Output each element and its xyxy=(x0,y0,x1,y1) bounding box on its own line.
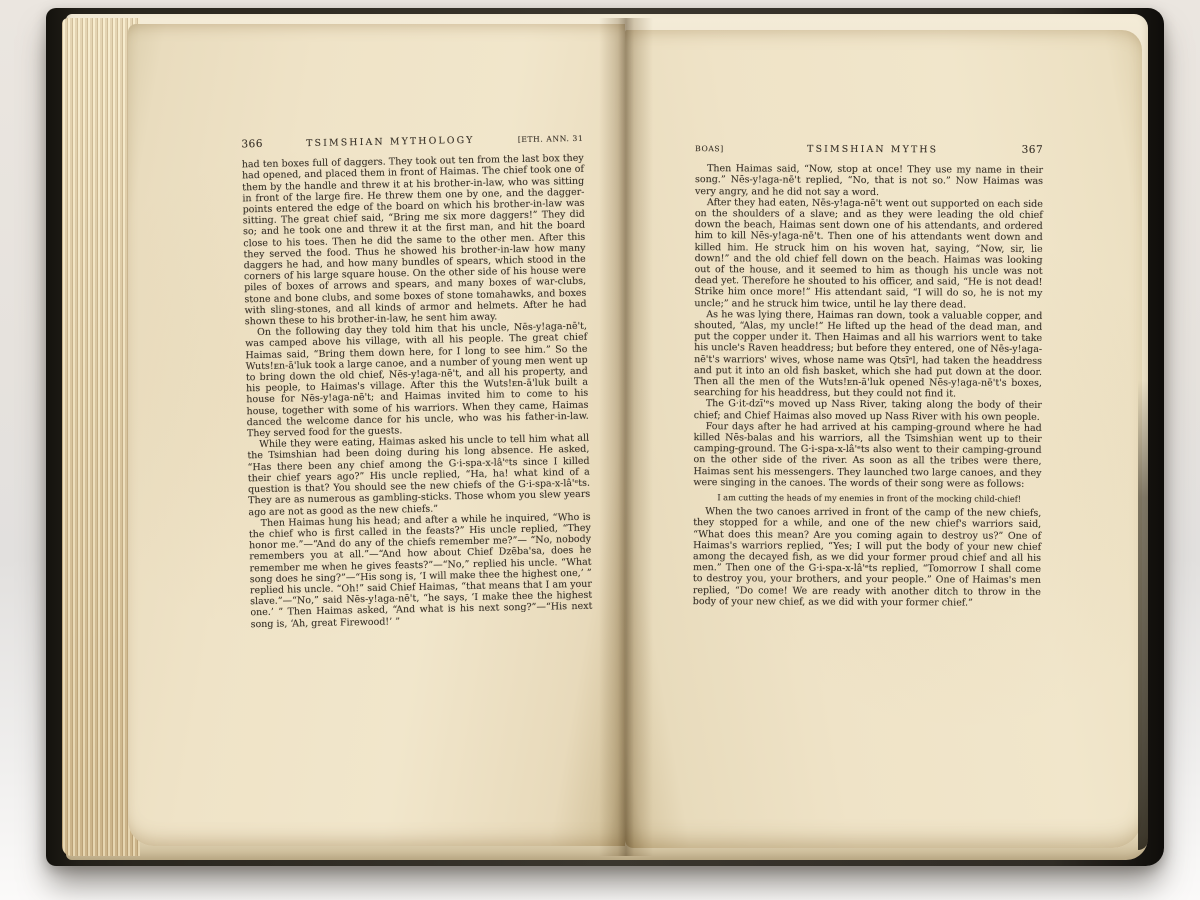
right-margin-note: BOAS] xyxy=(695,143,724,154)
cover-right-edge xyxy=(1138,380,1148,850)
left-page-number: 366 xyxy=(241,139,263,151)
left-page-text-column: 366 TSIMSHIAN MYTHOLOGY [ETH. ANN. 31 ha… xyxy=(241,133,592,630)
right-page-text-column: BOAS] TSIMSHIAN MYTHS 367 Then Haimas sa… xyxy=(693,143,1043,609)
right-page-body: Then Haimas said, “Now, stop at once! Th… xyxy=(693,163,1043,609)
paragraph: On the following day they told him that … xyxy=(245,321,589,440)
paragraph: While they were eating, Haimas asked his… xyxy=(247,433,590,518)
left-margin-note: [ETH. ANN. 31 xyxy=(518,133,584,145)
right-running-head: TSIMSHIAN MYTHS xyxy=(807,144,938,156)
left-page-body: had ten boxes full of daggers. They took… xyxy=(242,153,593,630)
paragraph: Four days after he had arrived at his ca… xyxy=(693,421,1041,490)
paragraph: The G·it-dzī'ᵉs moved up Nass River, tak… xyxy=(694,399,1042,423)
paragraph: As he was lying there, Haimas ran down, … xyxy=(694,309,1042,400)
left-running-head: TSIMSHIAN MYTHOLOGY xyxy=(306,135,474,149)
paragraph: had ten boxes full of daggers. They took… xyxy=(242,153,587,328)
right-page-header: BOAS] TSIMSHIAN MYTHS 367 xyxy=(695,143,1043,156)
song-line: I am cutting the heads of my enemies in … xyxy=(717,492,1041,504)
paragraph: After they had eaten, Nēs-y!aga-nē't wen… xyxy=(694,197,1043,311)
paragraph: Then Haimas hung his head; and after a w… xyxy=(249,511,593,630)
book-photo-scene: 366 TSIMSHIAN MYTHOLOGY [ETH. ANN. 31 ha… xyxy=(0,0,1200,900)
paragraph: When the two canoes arrived in front of … xyxy=(693,506,1042,609)
paragraph: Then Haimas said, “Now, stop at once! Th… xyxy=(695,163,1043,198)
right-page-number: 367 xyxy=(1022,145,1044,156)
